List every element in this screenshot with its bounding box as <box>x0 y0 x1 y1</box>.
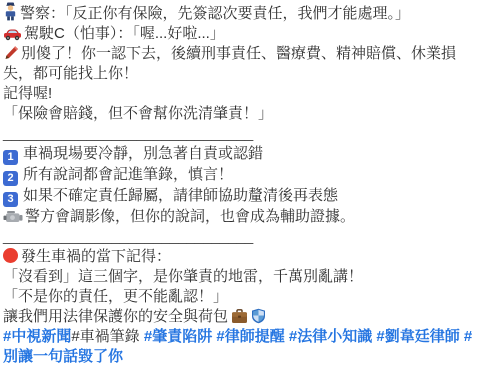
post-line-alert-1: 「沒看到」這三個字，是你肇責的地雷，千萬別亂講！ <box>3 267 483 287</box>
divider-text: ______________________________ <box>3 125 253 142</box>
hashtag-liability-trap[interactable]: #肇責陷阱 <box>144 328 212 345</box>
post-line-warning: 別傻了！你一認下去，後續刑事責任、醫療費、精神賠償、休業損失，都可能找上你！ <box>3 44 483 84</box>
alert-heading-text: 發生車禍的當下記得： <box>21 248 171 265</box>
post-line-camera-note: 警方會調影像，但你的說詞，也會成為輔助證據。 <box>3 207 483 227</box>
police-officer-icon <box>3 2 18 21</box>
tip-3-text: 如果不確定責任歸屬，請律師協助釐清後再表態 <box>23 187 338 204</box>
closing-text: 讓我們用法律保護你的安全與荷包 <box>3 308 228 325</box>
post-line-remember-quote: 「保險會賠錢，但不會幫你洗清肇責！」 <box>3 104 483 124</box>
hashtag-accident-record: #車禍筆錄 <box>71 328 139 345</box>
hashtag-zhongshi-news[interactable]: #中視新聞 <box>3 328 71 345</box>
keycap-2-icon: 2 <box>3 171 18 186</box>
camera-note-text: 警方會調影像，但你的說詞，也會成為輔助證據。 <box>25 208 355 225</box>
hashtag-legal-tips[interactable]: #法律小知識 <box>289 328 372 345</box>
divider-line: ______________________________ <box>3 227 483 247</box>
remember-intro-text: 記得喔! <box>3 85 52 102</box>
tip-2-text: 所有說詞都會記進筆錄，慎言！ <box>23 166 233 183</box>
red-pen-icon <box>3 45 19 61</box>
post-line-alert-2: 「不是你的責任，更不能亂認！」 <box>3 287 483 307</box>
keycap-1-icon: 1 <box>3 150 18 165</box>
video-camera-icon <box>3 210 23 224</box>
post-line-police: 警察：「反正你有保險，先簽認次要責任，我們才能處理。」 <box>3 2 483 24</box>
tip-row-2: 2所有說詞都會記進筆錄，慎言！ <box>3 165 483 186</box>
driver-dialogue-text: 駕駛C（怕事）：「喔...好啦...」 <box>24 25 225 42</box>
briefcase-icon <box>231 309 248 324</box>
tip-row-1: 1車禍現場要冷靜，別急著自責或認錯 <box>3 144 483 165</box>
alert-line2-text: 「不是你的責任，更不能亂認！」 <box>3 288 228 305</box>
remember-quote-text: 「保險會賠錢，但不會幫你洗清肇責！」 <box>3 105 273 122</box>
hashtag-lawyer-liu-wei-ting[interactable]: #劉韋廷律師 <box>376 328 459 345</box>
hashtag-lawyer-reminder[interactable]: #律師提醒 <box>216 328 284 345</box>
warning-text: 別傻了！你一認下去，後續刑事責任、醫療費、精神賠償、休業損失，都可能找上你！ <box>3 45 456 82</box>
tip-1-text: 車禍現場要冷靜，別急著自責或認錯 <box>23 145 263 162</box>
shield-icon <box>251 308 266 324</box>
alert-line1-text: 「沒看到」這三個字，是你肇責的地雷，千萬別亂講！ <box>3 268 363 285</box>
post-body: 警察：「反正你有保險，先簽認次要責任，我們才能處理。」 駕駛C（怕事）：「喔..… <box>0 0 486 367</box>
post-line-remember-intro: 記得喔! <box>3 84 483 104</box>
divider-text: ______________________________ <box>3 228 253 245</box>
hashtag-row: #中視新聞#車禍筆錄 #肇責陷阱 #律師提醒 #法律小知識 #劉韋廷律師 #別讓… <box>3 327 483 367</box>
red-car-icon <box>3 27 22 41</box>
police-dialogue-text: 警察：「反正你有保險，先簽認次要責任，我們才能處理。」 <box>20 5 410 22</box>
post-line-alert-heading: 發生車禍的當下記得： <box>3 247 483 267</box>
tip-row-3: 3如果不確定責任歸屬，請律師協助釐清後再表態 <box>3 186 483 207</box>
post-line-closing: 讓我們用法律保護你的安全與荷包 <box>3 307 483 327</box>
divider-line: ______________________________ <box>3 124 483 144</box>
keycap-3-icon: 3 <box>3 192 18 207</box>
post-line-driver: 駕駛C（怕事）：「喔...好啦...」 <box>3 24 483 44</box>
red-circle-icon <box>3 248 18 263</box>
